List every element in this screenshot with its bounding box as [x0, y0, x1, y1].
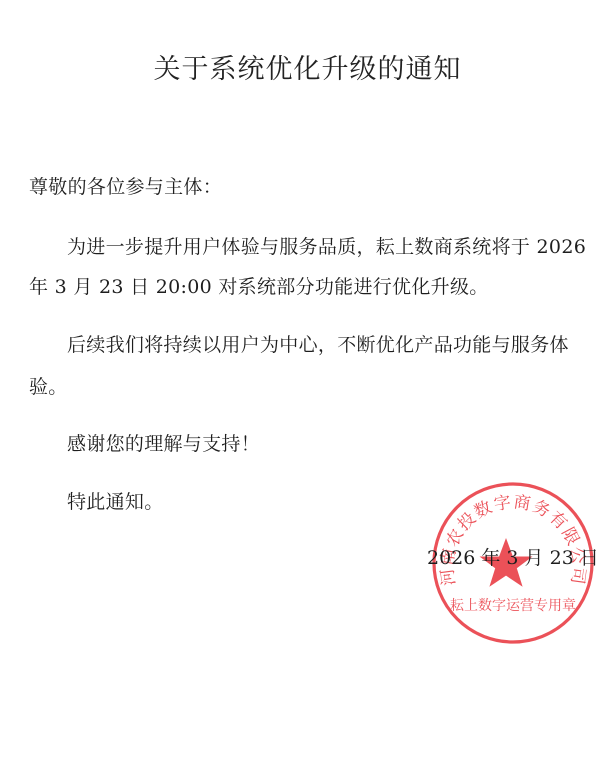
- seal-bottom-text: 耘上数字运营专用章: [450, 597, 576, 614]
- closing-line: 特此通知。: [67, 487, 164, 514]
- document-title: 关于系统优化升级的通知: [0, 47, 615, 86]
- document-date: 2026 年 3 月 23 日: [427, 543, 599, 570]
- salutation: 尊敬的各位参与主体：: [29, 172, 222, 199]
- notice-document: 关于系统优化升级的通知 尊敬的各位参与主体： 为进一步提升用户体验与服务品质，耘…: [0, 0, 615, 765]
- thanks-line: 感谢您的理解与支持！: [67, 429, 260, 456]
- paragraph-2-line-2: 验。: [29, 372, 68, 399]
- paragraph-1-line-2: 年 3 月 23 日 20:00 对系统部分功能进行优化升级。: [29, 272, 489, 299]
- paragraph-2-line-1: 后续我们将持续以用户为中心，不断优化产品功能与服务体: [67, 330, 569, 357]
- paragraph-1-line-1: 为进一步提升用户体验与服务品质，耘上数商系统将于 2026: [67, 232, 586, 259]
